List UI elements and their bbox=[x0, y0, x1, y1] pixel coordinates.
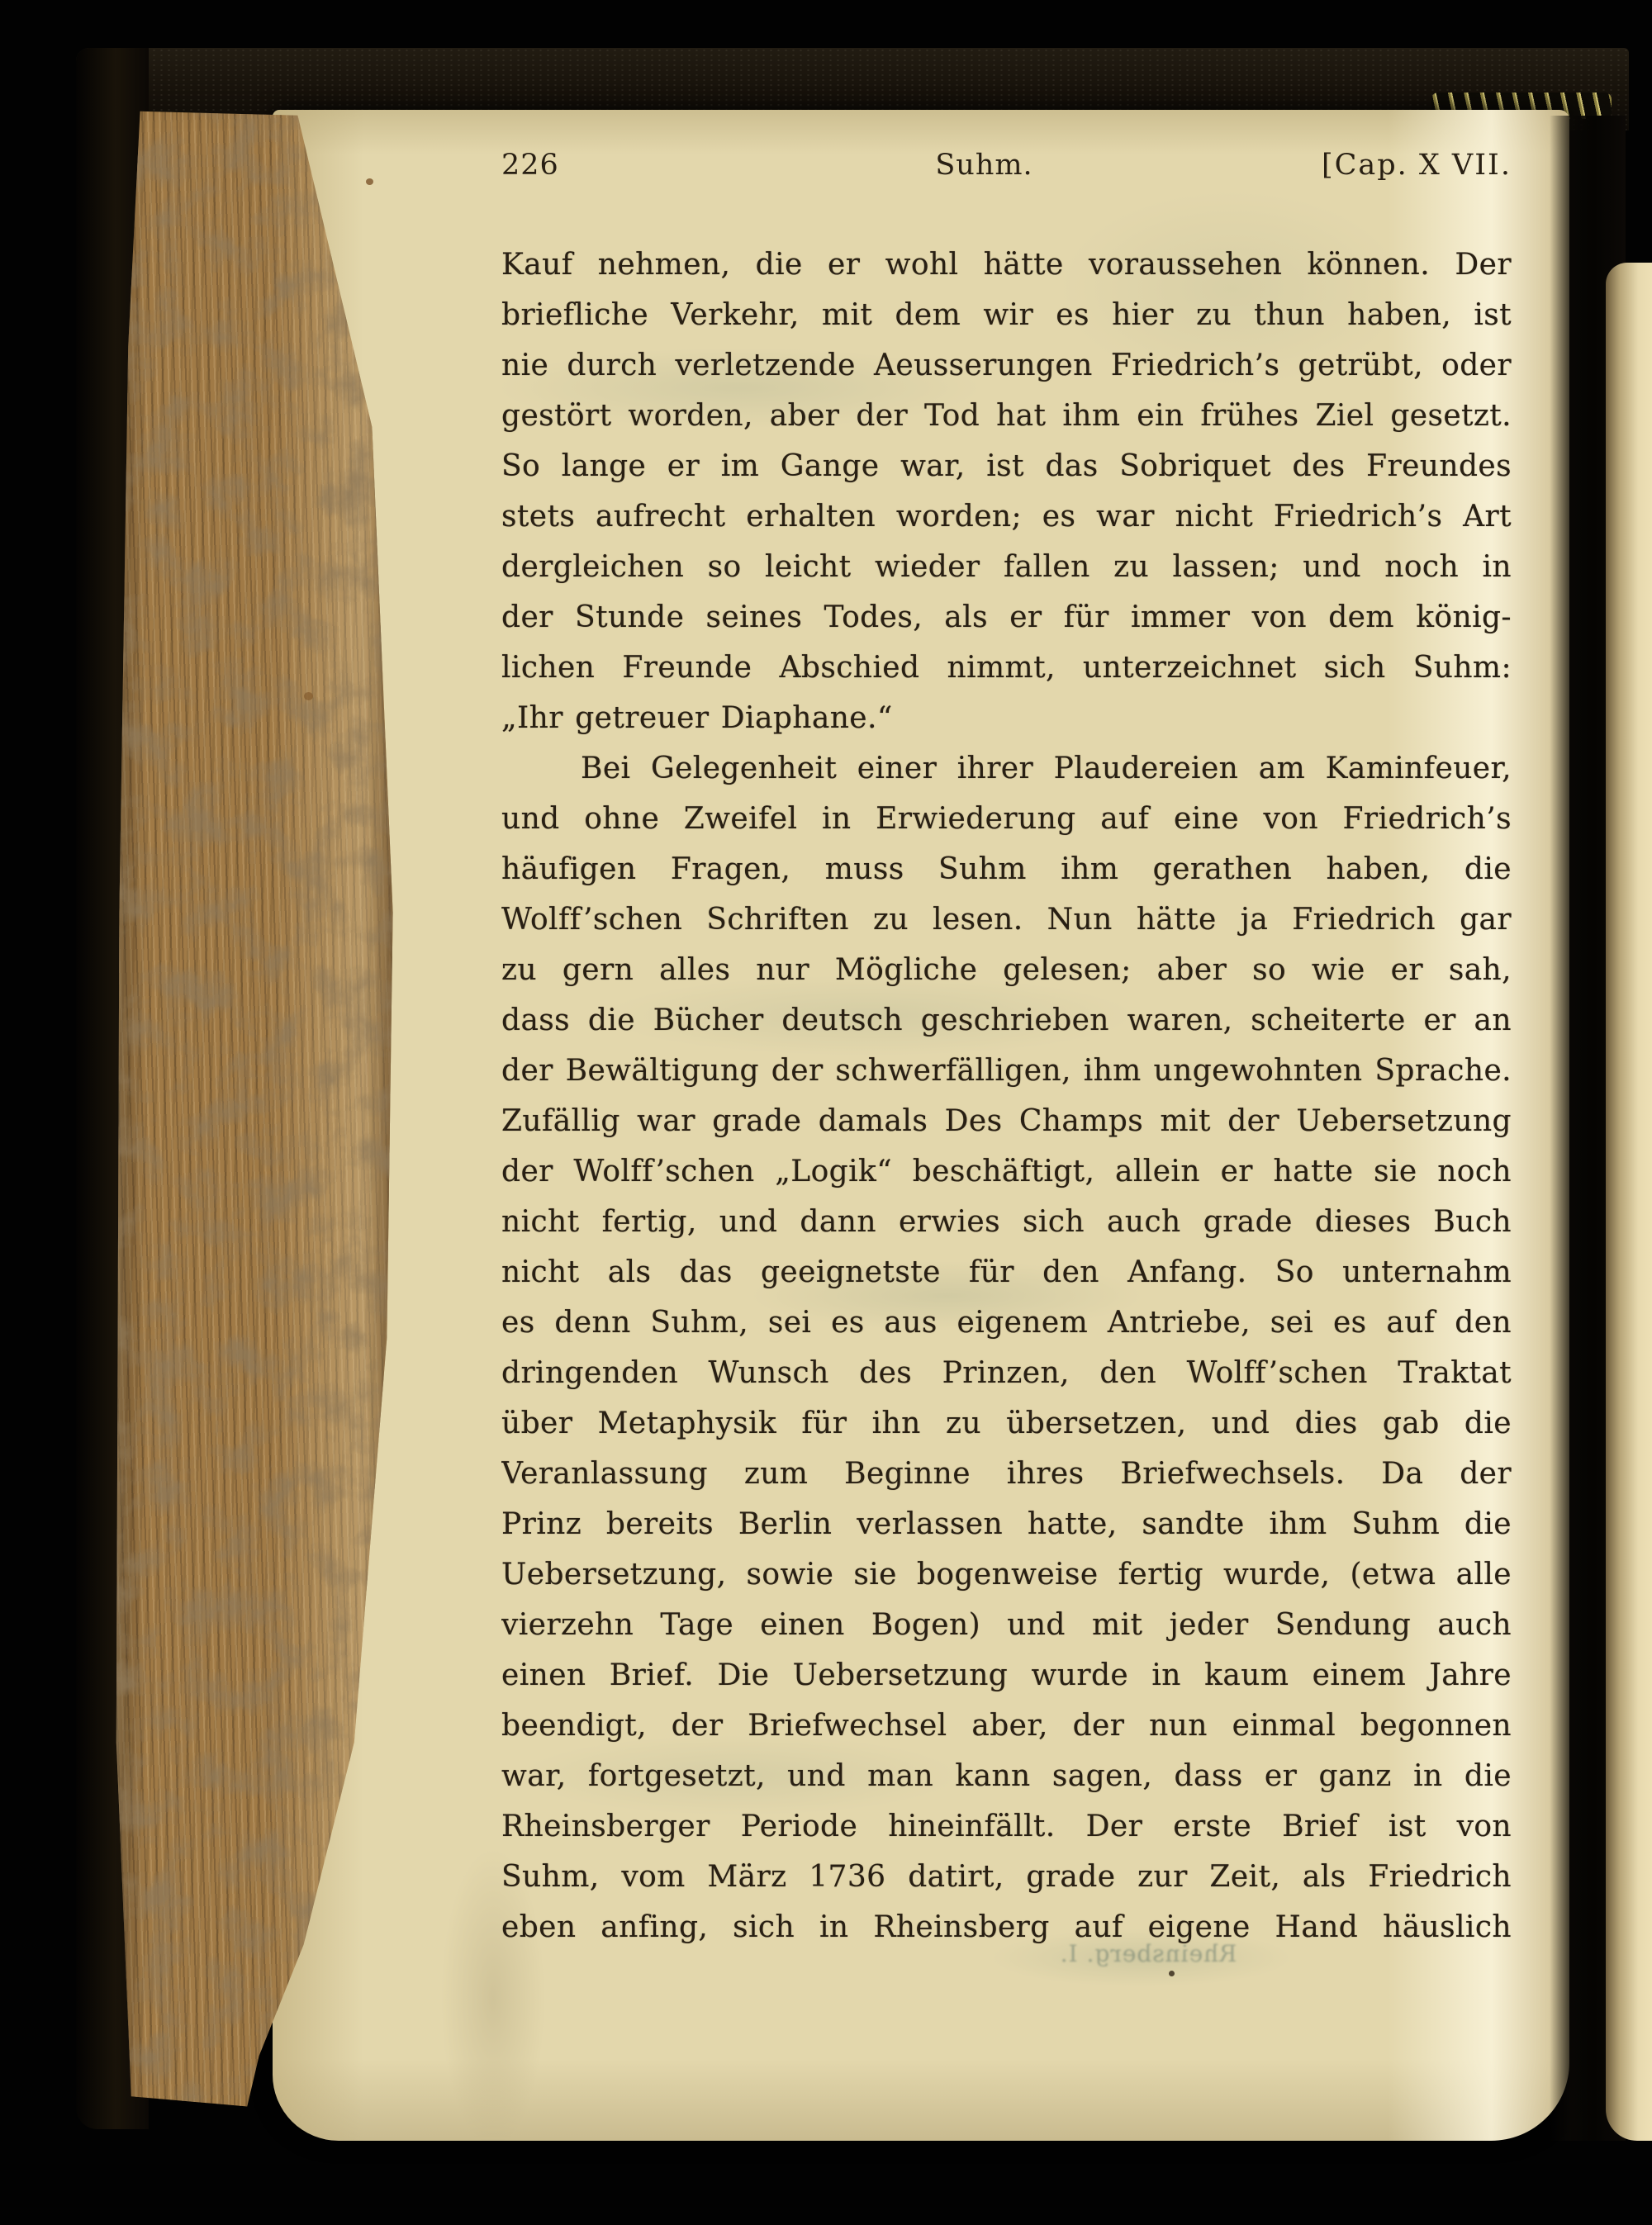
text-line: nicht fertig, und dann erwies sich auch … bbox=[501, 1197, 1512, 1247]
text-line: Rheinsberger Periode hineinfällt. Der er… bbox=[501, 1801, 1512, 1852]
text-line: Suhm, vom März 1736 datirt, grade zur Ze… bbox=[501, 1852, 1512, 1902]
foxing-speck bbox=[304, 692, 313, 700]
ink-dot bbox=[1169, 1971, 1175, 1976]
text-line: gestört worden, aber der Tod hat ihm ein… bbox=[501, 391, 1512, 441]
text-line: lichen Freunde Abschied nimmt, unterzeic… bbox=[501, 643, 1512, 693]
text-line: dass die Bücher deutsch geschrieben ware… bbox=[501, 995, 1512, 1046]
text-line: Wolff’schen Schriften zu lesen. Nun hätt… bbox=[501, 894, 1512, 945]
running-title: Suhm. bbox=[935, 149, 1032, 182]
text-line: der Stunde seines Todes, als er für imme… bbox=[501, 592, 1512, 643]
text-line: einen Brief. Die Uebersetzung wurde in k… bbox=[501, 1650, 1512, 1701]
foxing-speck bbox=[366, 178, 373, 185]
text-line: Veranlassung zum Beginne ihres Briefwech… bbox=[501, 1449, 1512, 1499]
page-number: 226 bbox=[501, 149, 980, 182]
text-line: dringenden Wunsch des Prinzen, den Wolff… bbox=[501, 1348, 1512, 1398]
show-through-signature: Rheinsberg. I. bbox=[1037, 1940, 1260, 1976]
facing-page-edge bbox=[1606, 263, 1652, 2141]
text-line: dergleichen so leicht wieder fallen zu l… bbox=[501, 542, 1512, 592]
text-line: über Metaphysik für ihn zu übersetzen, u… bbox=[501, 1398, 1512, 1449]
text-line: nie durch verletzende Aeusserungen Fried… bbox=[501, 340, 1512, 391]
text-line: Zufällig war grade damals Des Champs mit… bbox=[501, 1096, 1512, 1146]
text-line: briefliche Verkehr, mit dem wir es hier … bbox=[501, 290, 1512, 340]
text-line: und ohne Zweifel in Erwiederung auf eine… bbox=[501, 794, 1512, 844]
text-line: der Wolff’schen „Logik“ beschäftigt, all… bbox=[501, 1146, 1512, 1197]
chapter-label: [Cap. X VII. bbox=[1033, 149, 1512, 182]
body-text: Kauf nehmen, die er wohl hätte vorausseh… bbox=[501, 240, 1512, 1952]
text-line: der Bewältigung der schwerfälligen, ihm … bbox=[501, 1046, 1512, 1096]
text-line: stets aufrecht erhalten worden; es war n… bbox=[501, 491, 1512, 542]
text-line: So lange er im Gange war, ist das Sobriq… bbox=[501, 441, 1512, 491]
text-line: „Ihr getreuer Diaphane.“ bbox=[501, 693, 1512, 743]
text-line: beendigt, der Briefwechsel aber, der nun… bbox=[501, 1701, 1512, 1751]
text-line: Bei Gelegenheit einer ihrer Plaudereien … bbox=[501, 743, 1512, 794]
text-line: häufigen Fragen, muss Suhm ihm gerathen … bbox=[501, 844, 1512, 894]
text-line: vierzehn Tage einen Bogen) und mit jeder… bbox=[501, 1600, 1512, 1650]
text-line: zu gern alles nur Mögliche gelesen; aber… bbox=[501, 945, 1512, 995]
running-header: 226 Suhm. [Cap. X VII. bbox=[501, 149, 1512, 188]
text-line: Kauf nehmen, die er wohl hätte vorausseh… bbox=[501, 240, 1512, 290]
text-line: nicht als das geeignetste für den Anfang… bbox=[501, 1247, 1512, 1298]
text-line: es denn Suhm, sei es aus eigenem Antrieb… bbox=[501, 1298, 1512, 1348]
page-content: 226 Suhm. [Cap. X VII. Kauf nehmen, die … bbox=[501, 149, 1512, 188]
text-line: Uebersetzung, sowie sie bogenweise ferti… bbox=[501, 1549, 1512, 1600]
text-line: Prinz bereits Berlin verlassen hatte, sa… bbox=[501, 1499, 1512, 1549]
text-line: war, fortgesetzt, und man kann sagen, da… bbox=[501, 1751, 1512, 1801]
scanned-book-photo: 226 Suhm. [Cap. X VII. Kauf nehmen, die … bbox=[0, 0, 1652, 2225]
text-line: eben anfing, sich in Rheinsberg auf eige… bbox=[501, 1902, 1512, 1952]
